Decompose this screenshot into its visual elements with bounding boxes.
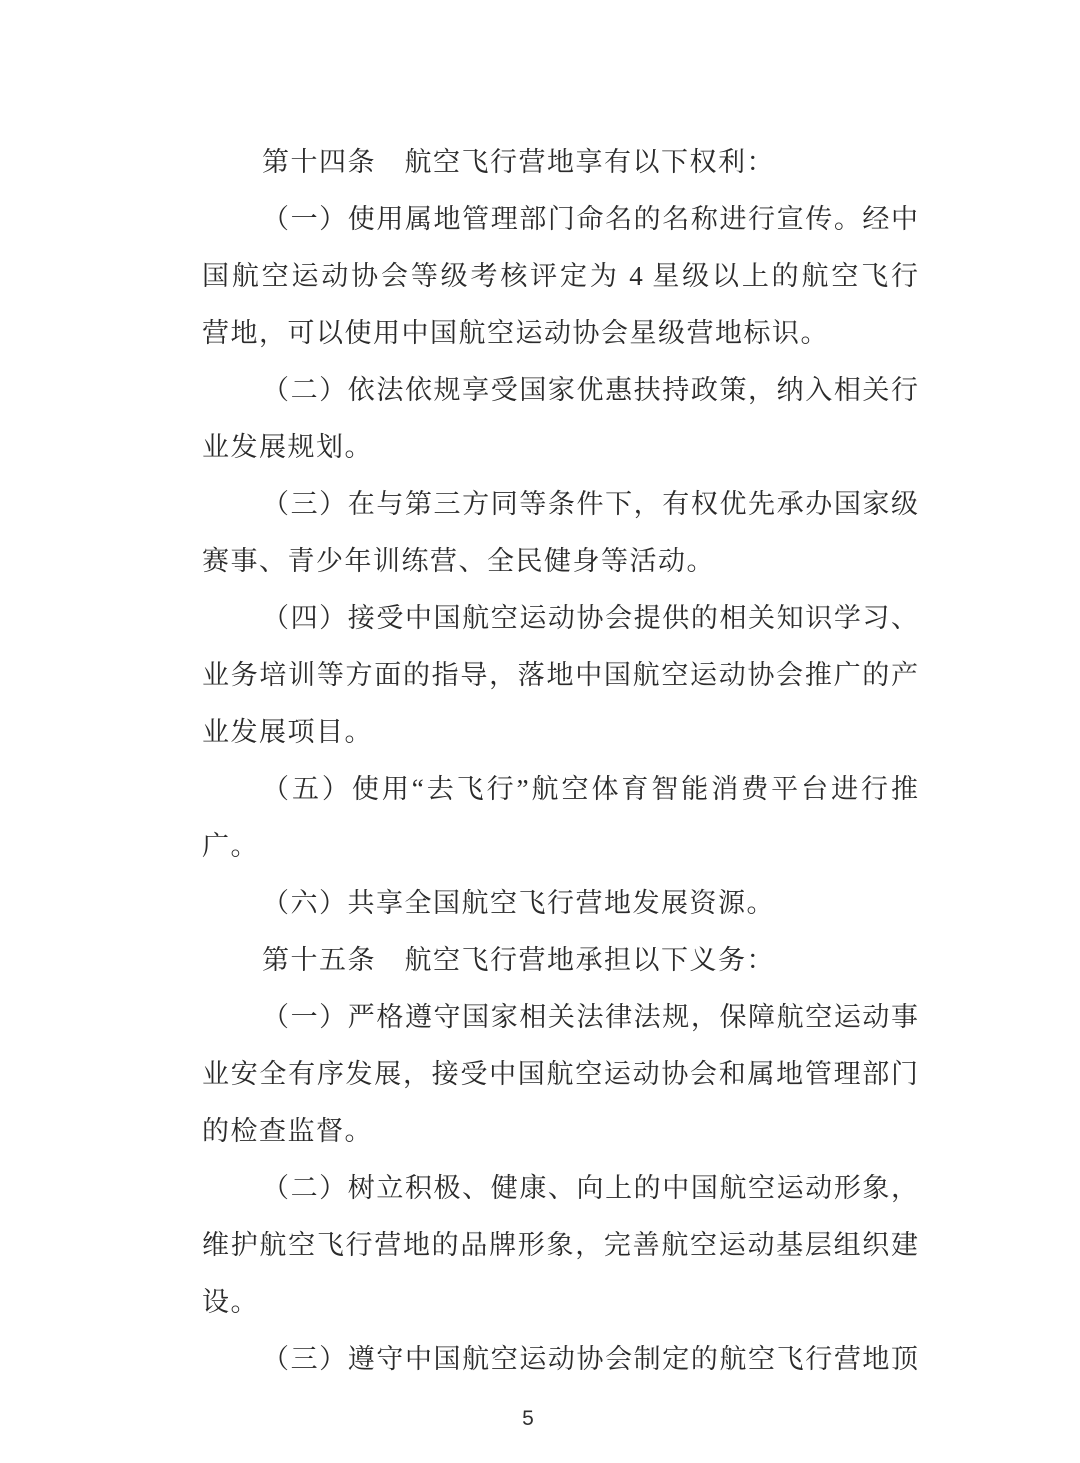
- text-line: 国航空运动协会等级考核评定为 4 星级以上的航空飞行: [202, 248, 918, 305]
- text-line-article-14-heading: 第十四条 航空飞行营地享有以下权利：: [202, 134, 918, 191]
- text-line: （六）共享全国航空飞行营地发展资源。: [202, 875, 918, 932]
- text-line: （三）遵守中国航空运动协会制定的航空飞行营地顶: [202, 1331, 918, 1388]
- text-line: 维护航空飞行营地的品牌形象，完善航空运动基层组织建: [202, 1217, 918, 1274]
- document-text-block: 第十四条 航空飞行营地享有以下权利： （一）使用属地管理部门命名的名称进行宣传。…: [202, 134, 918, 1388]
- text-line: 赛事、青少年训练营、全民健身等活动。: [202, 533, 918, 590]
- text-line: （二）依法依规享受国家优惠扶持政策，纳入相关行: [202, 362, 918, 419]
- page-number: 5: [468, 1402, 588, 1436]
- text-line: 业务培训等方面的指导，落地中国航空运动协会推广的产: [202, 647, 918, 704]
- text-line: 的检查监督。: [202, 1103, 918, 1160]
- document-page: 第十四条 航空飞行营地享有以下权利： （一）使用属地管理部门命名的名称进行宣传。…: [0, 0, 1080, 1463]
- text-line: （四）接受中国航空运动协会提供的相关知识学习、: [202, 590, 918, 647]
- text-line: （一）严格遵守国家相关法律法规，保障航空运动事: [202, 989, 918, 1046]
- text-line: （一）使用属地管理部门命名的名称进行宣传。经中: [202, 191, 918, 248]
- text-line: （二）树立积极、健康、向上的中国航空运动形象，: [202, 1160, 918, 1217]
- text-line: 业安全有序发展，接受中国航空运动协会和属地管理部门: [202, 1046, 918, 1103]
- text-line-article-15-heading: 第十五条 航空飞行营地承担以下义务：: [202, 932, 918, 989]
- text-line: 设。: [202, 1274, 918, 1331]
- text-line: （五）使用“去飞行”航空体育智能消费平台进行推: [202, 761, 918, 818]
- text-line: 业发展项目。: [202, 704, 918, 761]
- text-line: 广。: [202, 818, 918, 875]
- text-line: 营地，可以使用中国航空运动协会星级营地标识。: [202, 305, 918, 362]
- text-line: 业发展规划。: [202, 419, 918, 476]
- text-line: （三）在与第三方同等条件下，有权优先承办国家级: [202, 476, 918, 533]
